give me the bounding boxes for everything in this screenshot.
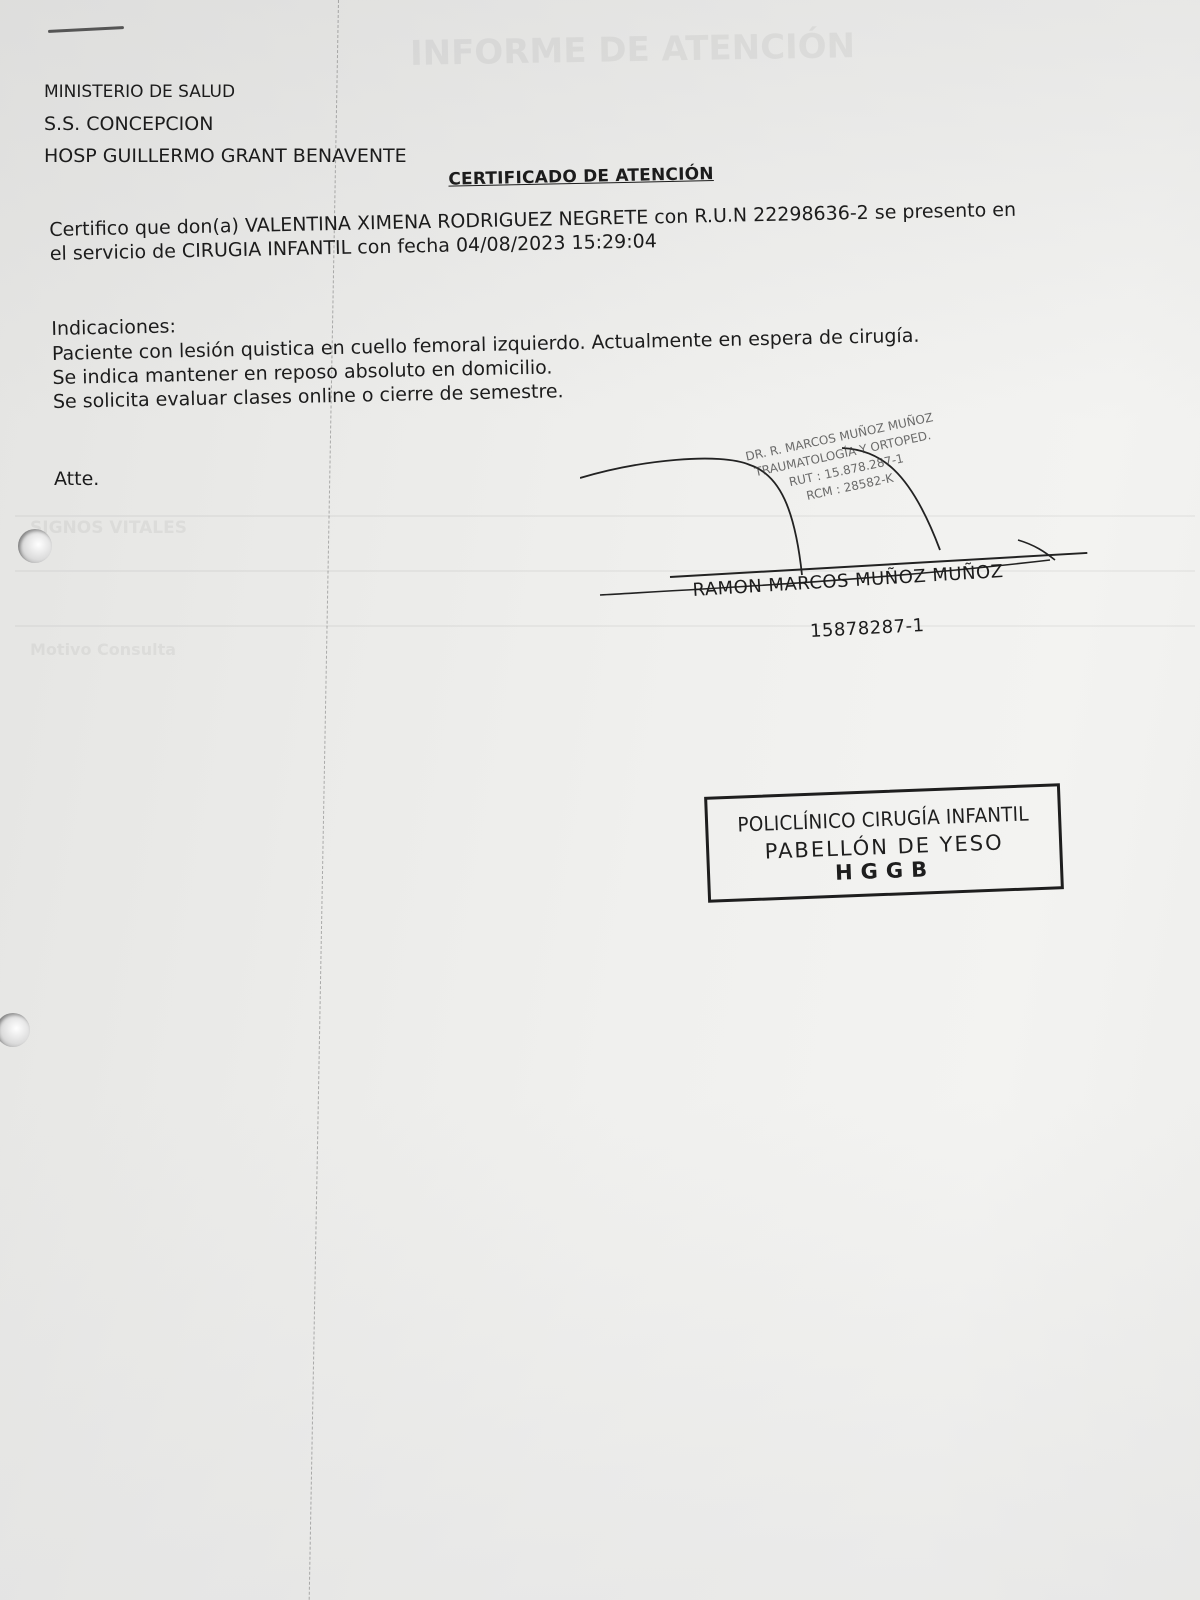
certificate-title: CERTIFICADO DE ATENCIÓN <box>448 155 1148 190</box>
paper-shadow-bottom <box>0 1100 1200 1600</box>
health-service-name: S.S. CONCEPCION <box>44 108 407 140</box>
institution-header: MINISTERIO DE SALUD S.S. CONCEPCION HOSP… <box>44 76 407 172</box>
punch-hole <box>0 1013 30 1047</box>
punch-hole <box>18 529 52 563</box>
department-stamp: POLICLÍNICO CIRUGÍA INFANTIL PABELLÓN DE… <box>704 783 1064 903</box>
closing-text: Atte. <box>54 468 99 490</box>
show-through-section: SIGNOS VITALES <box>30 518 187 538</box>
scanned-document-page: INFORME DE ATENCIÓN SIGNOS VITALES Motiv… <box>0 0 1200 1600</box>
certificate-body: CERTIFICADO DE ATENCIÓN Certifico que do… <box>48 143 1153 414</box>
ministry-name: MINISTERIO DE SALUD <box>44 76 407 108</box>
show-through-field: Motivo Consulta <box>30 640 176 659</box>
signer-run: 15878287-1 <box>810 615 926 642</box>
signature-block: DR. R. MARCOS MUÑOZ MUÑOZ TRAUMATOLOGÍA … <box>580 430 1100 660</box>
certificate-statement: Certifico que don(a) VALENTINA XIMENA RO… <box>49 195 1150 266</box>
show-through-title: INFORME DE ATENCIÓN <box>410 26 856 74</box>
